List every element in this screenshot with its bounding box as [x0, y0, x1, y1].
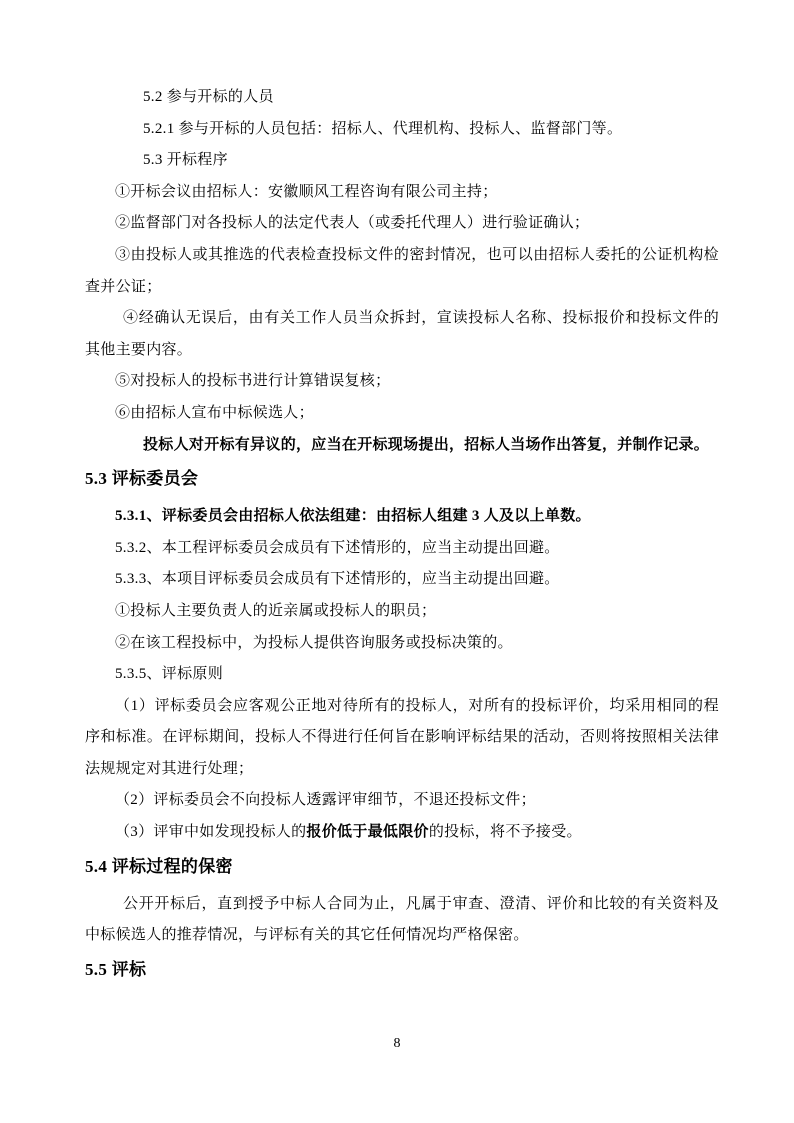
- para-principle-3-prefix: （3）评审中如发现投标人的: [115, 824, 306, 840]
- para-objection-note: 投标人对开标有异议的，应当在开标现场提出，招标人当场作出答复，并制作记录。: [85, 430, 719, 462]
- page-number: 8: [0, 1034, 794, 1054]
- para-step-4: ④经确认无误后，由有关工作人员当众拆封，宣读投标人名称、投标报价和投标文件的其他…: [85, 303, 719, 366]
- heading-5-5: 5.5 评标: [85, 953, 719, 986]
- heading-5-3: 5.3 评标委员会: [85, 462, 719, 495]
- heading-5-4: 5.4 评标过程的保密: [85, 850, 719, 883]
- para-5-2-1: 5.2.1 参与开标的人员包括：招标人、代理机构、投标人、监督部门等。: [85, 114, 719, 146]
- document-page: 5.2 参与开标的人员 5.2.1 参与开标的人员包括：招标人、代理机构、投标人…: [0, 0, 794, 1123]
- para-5-3-2: 5.3.2、本工程评标委员会成员有下述情形的，应当主动提出回避。: [85, 533, 719, 565]
- para-5-3-3: 5.3.3、本项目评标委员会成员有下述情形的，应当主动提出回避。: [85, 564, 719, 596]
- para-step-1: ①开标会议由招标人：安徽顺风工程咨询有限公司主持；: [85, 177, 719, 209]
- para-confidentiality: 公开开标后，直到授予中标人合同为止，凡属于审查、澄清、评价和比较的有关资料及中标…: [85, 889, 719, 952]
- para-avoid-2: ②在该工程投标中，为投标人提供咨询服务或投标决策的。: [85, 628, 719, 660]
- para-step-3: ③由投标人或其推选的代表检查投标文件的密封情况，也可以由招标人委托的公证机构检查…: [85, 240, 719, 303]
- para-5-3-1: 5.3.1、评标委员会由招标人依法组建：由招标人组建 3 人及以上单数。: [85, 501, 719, 533]
- para-step-2: ②监督部门对各投标人的法定代表人（或委托代理人）进行验证确认；: [85, 208, 719, 240]
- para-step-6: ⑥由招标人宣布中标候选人；: [85, 398, 719, 430]
- para-5-3-procedure: 5.3 开标程序: [85, 145, 719, 177]
- para-principle-3-suffix: 的投标，将不予接受。: [429, 824, 582, 840]
- para-5-2: 5.2 参与开标的人员: [85, 82, 719, 114]
- para-principle-3-emphasis: 报价低于最低限价: [306, 824, 428, 840]
- para-step-5: ⑤对投标人的投标书进行计算错误复核；: [85, 366, 719, 398]
- para-principle-2: （2）评标委员会不向投标人透露评审细节，不退还投标文件；: [85, 785, 719, 817]
- para-avoid-1: ①投标人主要负责人的近亲属或投标人的职员；: [85, 596, 719, 628]
- page-content: 5.2 参与开标的人员 5.2.1 参与开标的人员包括：招标人、代理机构、投标人…: [85, 82, 719, 992]
- para-principle-3: （3）评审中如发现投标人的报价低于最低限价的投标，将不予接受。: [85, 817, 719, 849]
- para-5-3-5: 5.3.5、评标原则: [85, 659, 719, 691]
- para-principle-1: （1）评标委员会应客观公正地对待所有的投标人，对所有的投标评价，均采用相同的程序…: [85, 691, 719, 786]
